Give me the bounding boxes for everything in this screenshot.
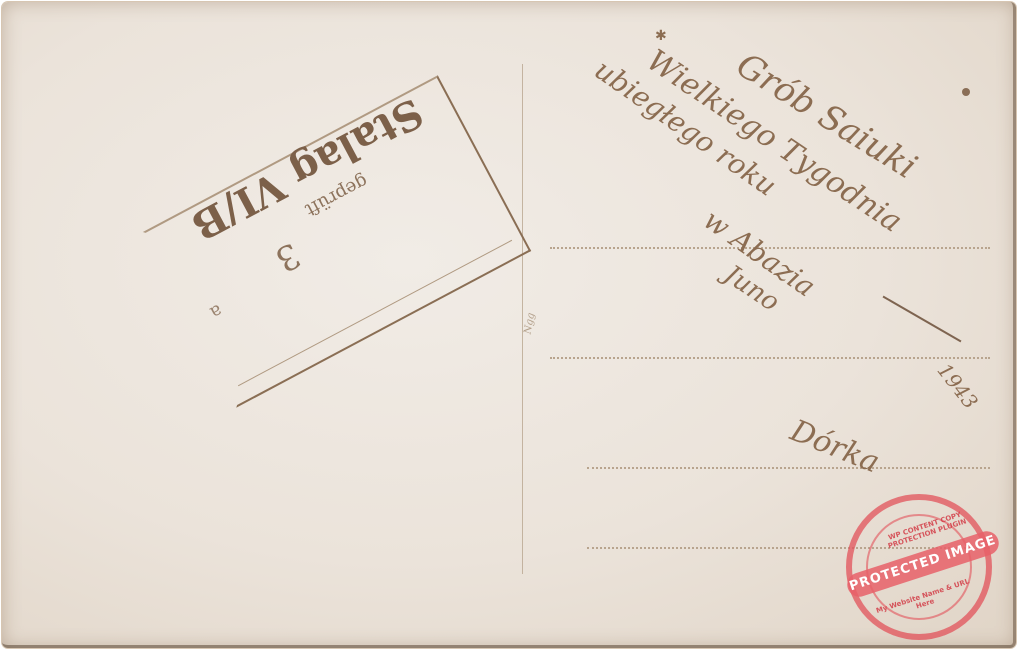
stamp-number: 3: [269, 234, 307, 279]
censor-stamp: Stalag VI/B geprüft 3 a: [143, 75, 531, 408]
center-divider: [522, 64, 523, 574]
handwriting-line: Juno: [719, 260, 785, 318]
stamp-title: Stalag VI/B: [184, 89, 431, 250]
handwriting-line: Grób Saiuki: [729, 45, 923, 187]
protected-image-watermark: WP CONTENT COPY PROTECTION PLUGIN PROTEC…: [846, 494, 992, 640]
handwriting-line: Wielkiego Tygodnia: [640, 43, 908, 240]
address-line: [550, 357, 990, 359]
stamp-letter: a: [206, 300, 225, 324]
stamp-rule: [238, 240, 512, 386]
small-mark: Ngg: [522, 312, 537, 335]
address-line: [550, 247, 990, 249]
asterisk-icon: ✱: [655, 28, 667, 44]
handwriting-signature: Dórka: [785, 413, 884, 480]
handwriting-dash: [883, 296, 962, 343]
address-line: [587, 467, 990, 469]
handwriting-date: 1943: [933, 359, 983, 414]
handwriting-line: ubiegłego roku: [589, 53, 783, 203]
stamp-subtitle: geprüft: [302, 170, 372, 220]
ink-spot: [962, 88, 970, 96]
handwriting-line: w Abazia: [698, 203, 822, 304]
